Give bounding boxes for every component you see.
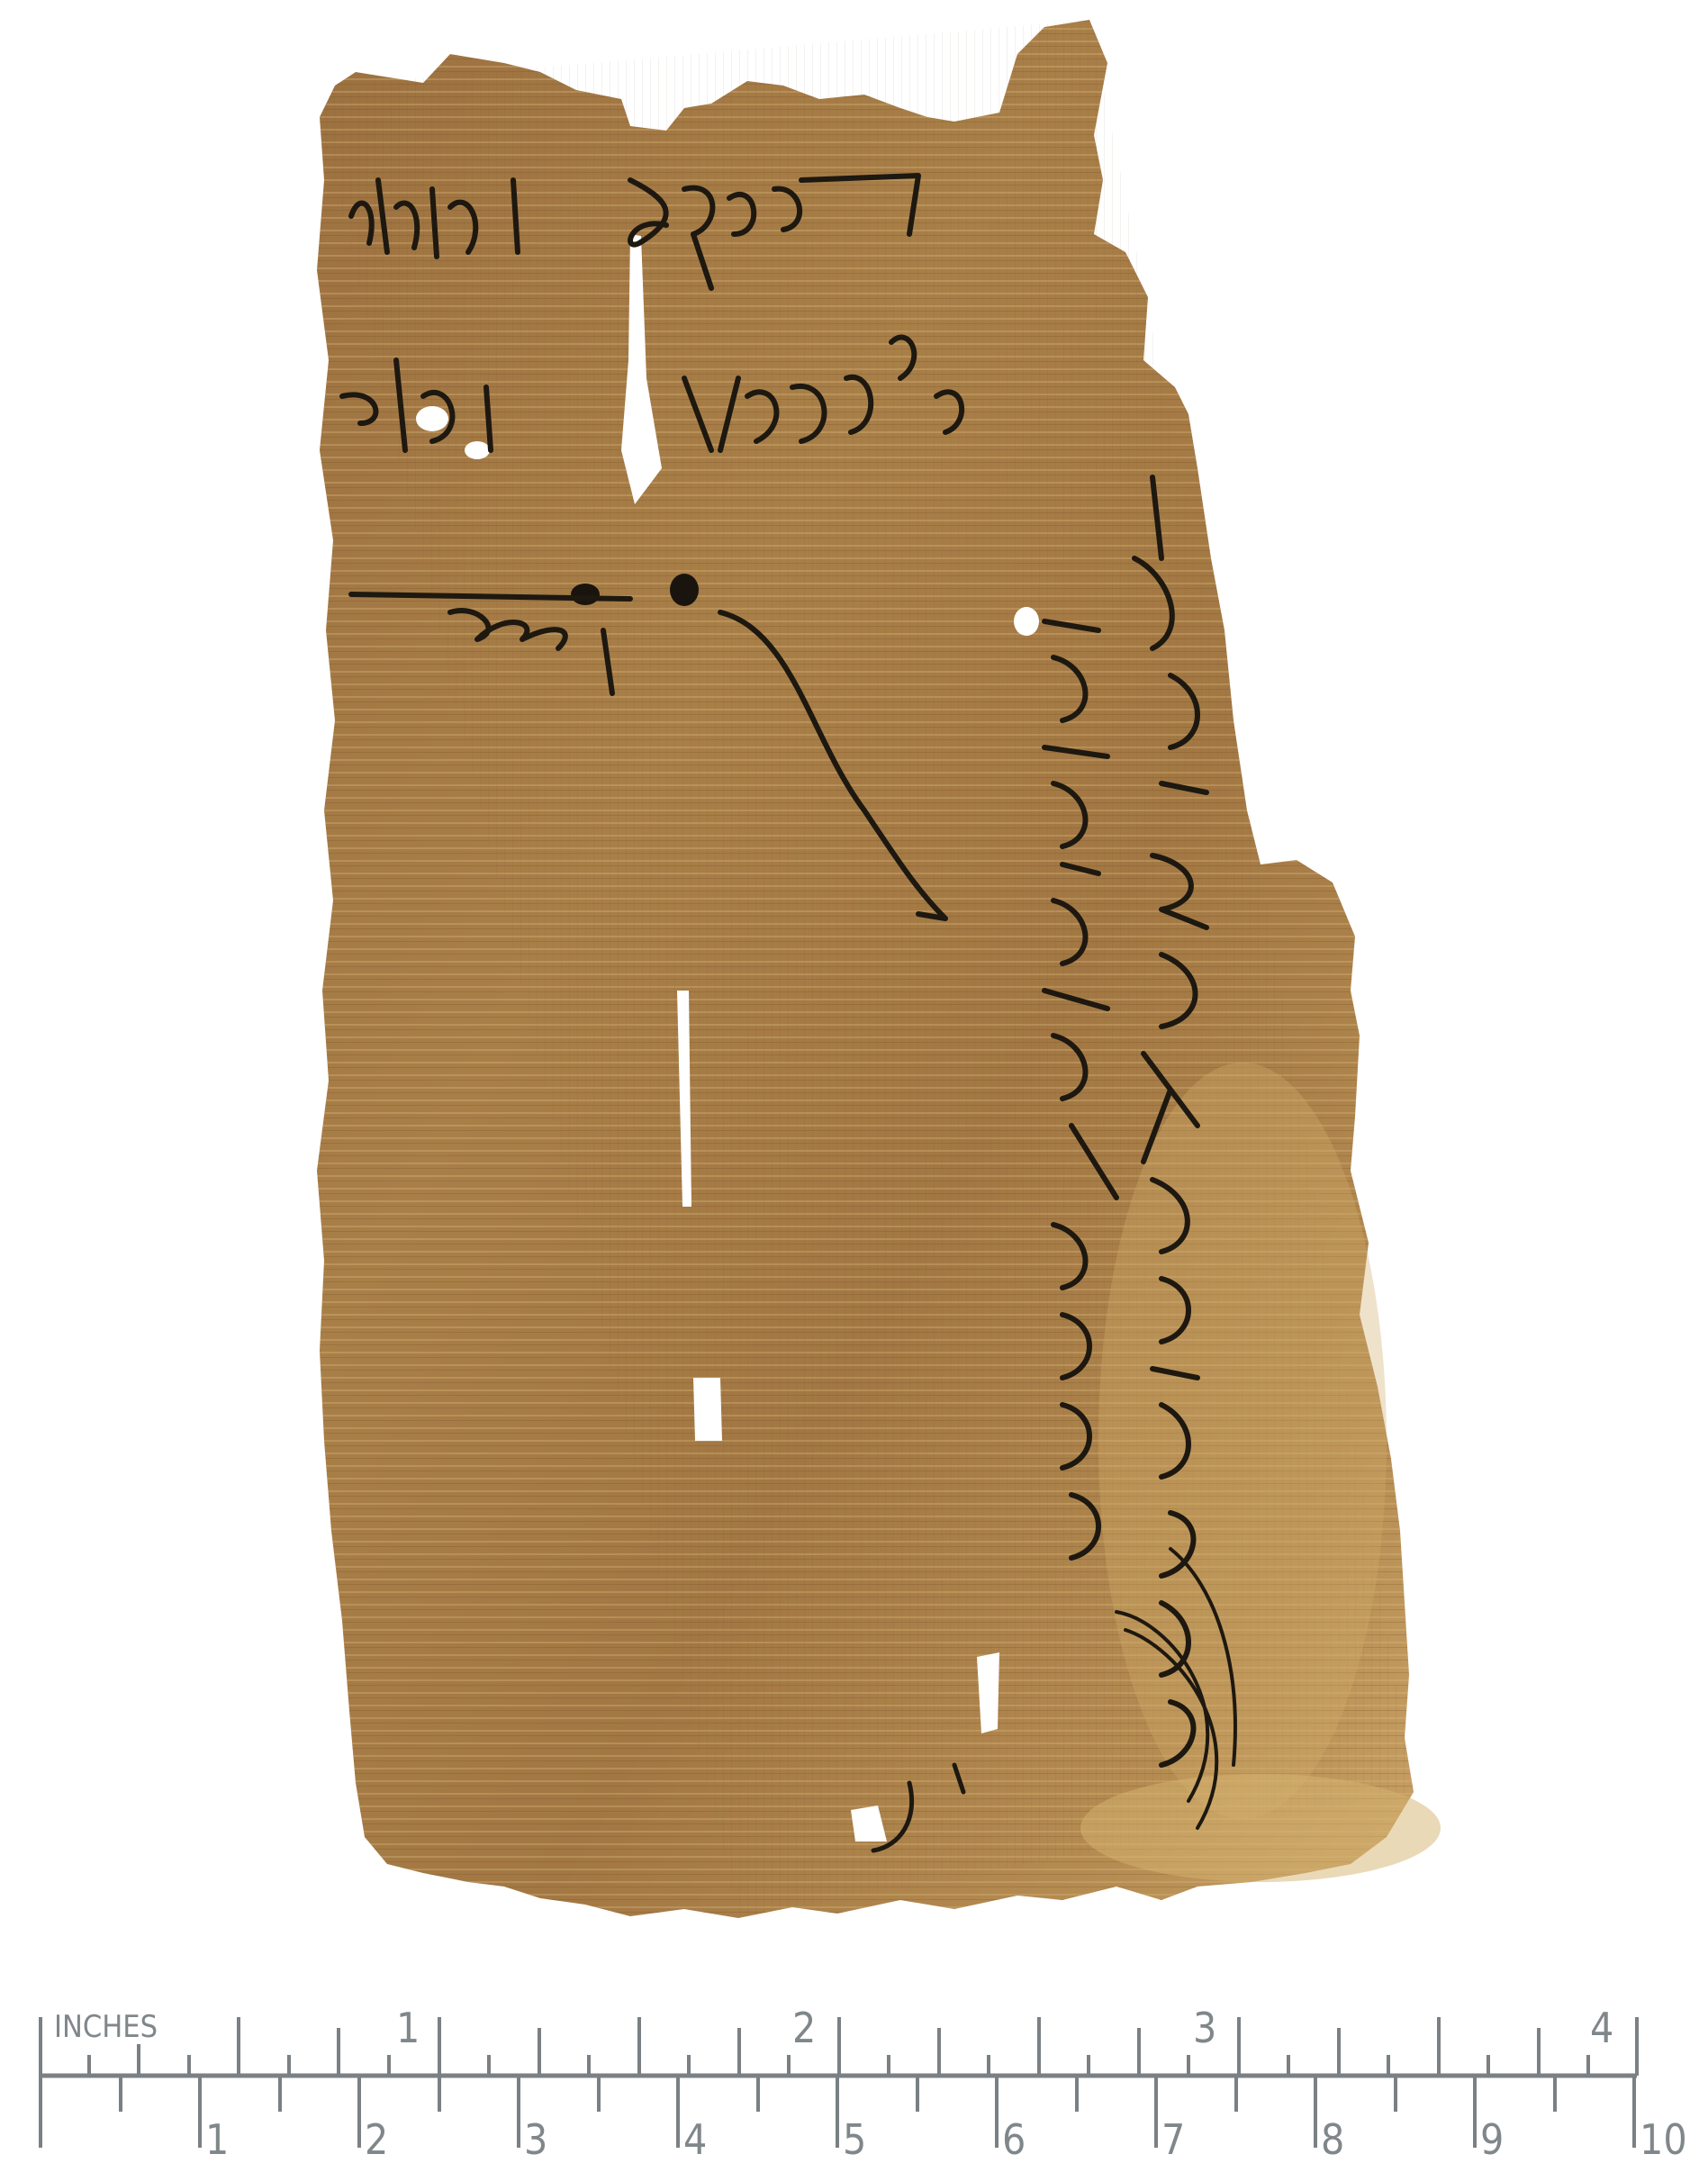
inch-label-4: 4 <box>1590 2004 1613 2052</box>
ruler-unit-label: INCHES <box>54 2009 158 2045</box>
cm-label-8: 8 <box>1321 2115 1344 2164</box>
inch-ticks <box>89 2017 1637 2076</box>
ruler-scale <box>39 2017 1637 2148</box>
cm-label-2: 2 <box>365 2115 388 2164</box>
inch-label-1: 1 <box>396 2004 420 2052</box>
cm-label-3: 3 <box>524 2115 547 2164</box>
inch-label-2: 2 <box>792 2004 816 2052</box>
cm-label-4: 4 <box>683 2115 707 2164</box>
cm-label-7: 7 <box>1161 2115 1185 2164</box>
cm-label-1: 1 <box>205 2115 229 2164</box>
measurement-ruler: INCHES 1 2 3 4 1 2 3 4 5 6 7 8 9 10 <box>0 1963 1708 2172</box>
papyrus-photo <box>0 0 1708 1963</box>
cm-label-10: 10 <box>1640 2115 1687 2164</box>
papyrus-fragment <box>317 20 1441 1918</box>
cm-label-9: 9 <box>1480 2115 1504 2164</box>
inch-label-3: 3 <box>1193 2004 1216 2052</box>
cm-ticks <box>121 2076 1634 2148</box>
cm-label-6: 6 <box>1002 2115 1026 2164</box>
cm-label-5: 5 <box>843 2115 866 2164</box>
